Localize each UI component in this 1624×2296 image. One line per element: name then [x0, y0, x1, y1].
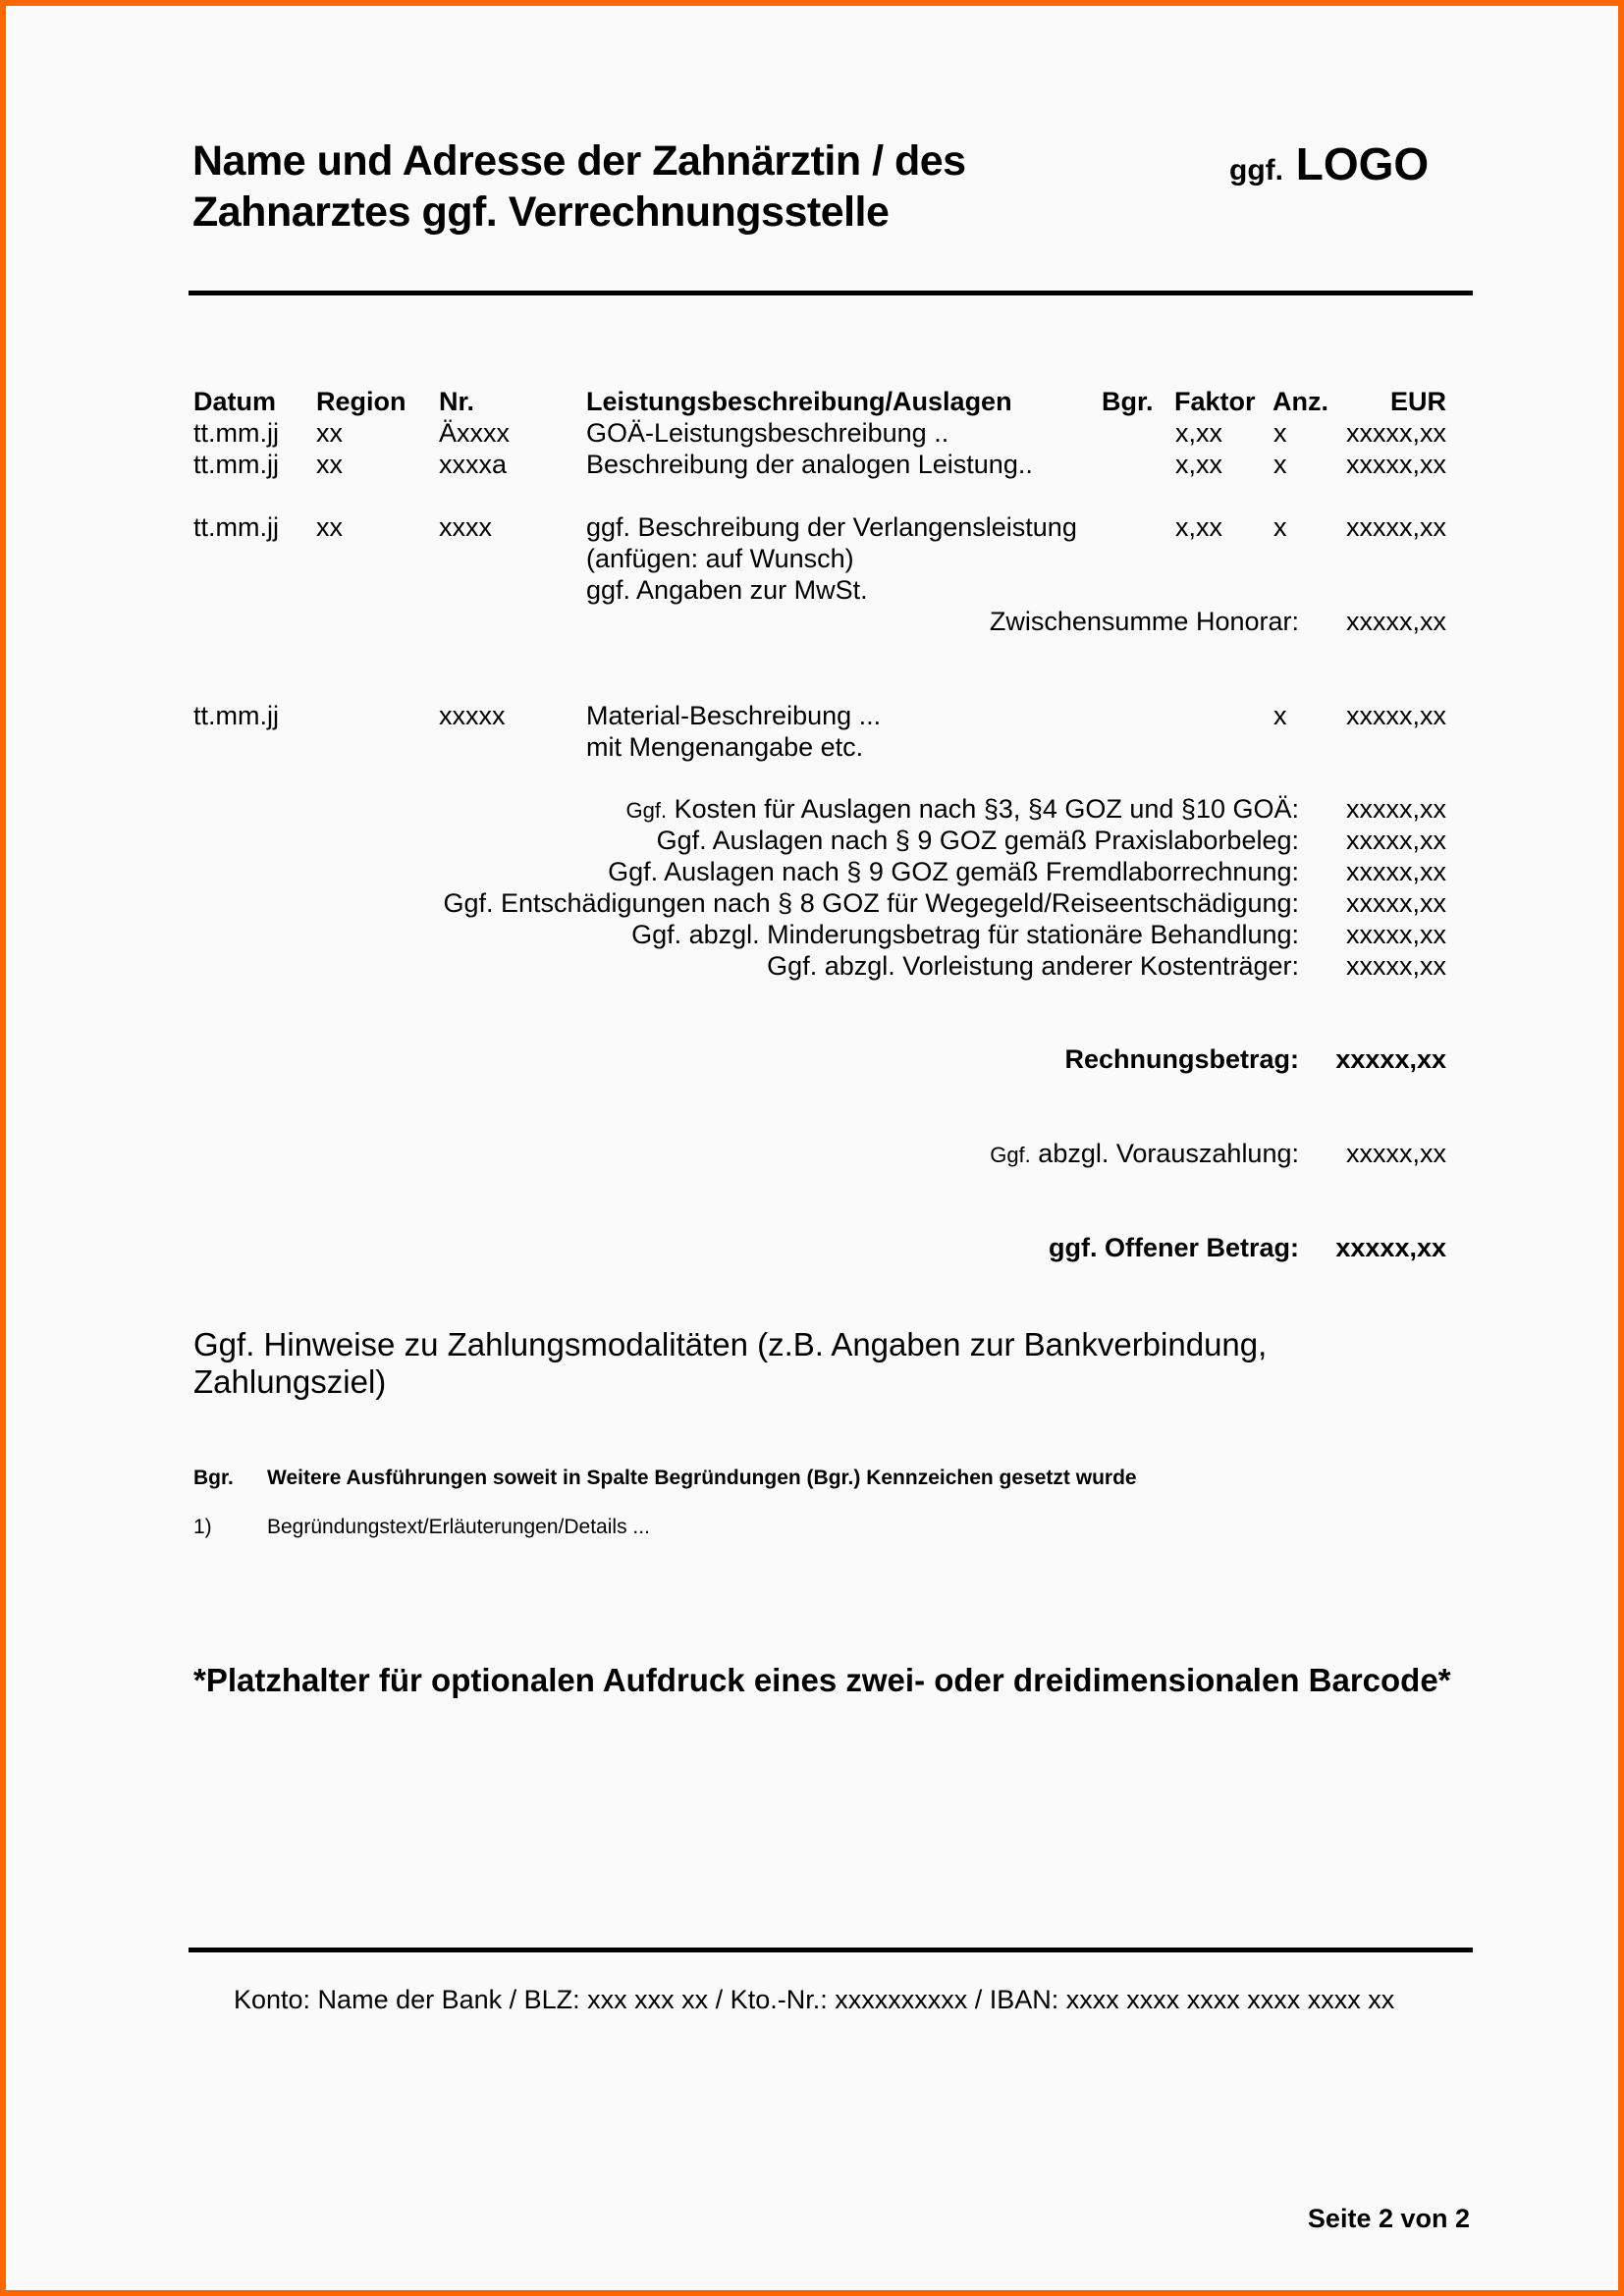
bgr-note-item-text: Begründungstext/Erläuterungen/Details ..… [267, 1512, 650, 1543]
extra-label: Ggf. Auslagen nach § 9 GOZ gemäß Praxisl… [657, 825, 1299, 856]
cell-faktor: x,xx [1175, 511, 1222, 543]
extra-label: Ggf. abzgl. Minderungsbetrag für station… [631, 919, 1299, 950]
cell-nr: xxxxa [439, 449, 507, 480]
cell-datum: tt.mm.jj [193, 417, 279, 449]
col-header-beschreibung: Leistungsbeschreibung/Auslagen [586, 386, 1012, 417]
rechnungsbetrag-value: xxxxx,xx [1335, 1043, 1446, 1075]
extra-value: xxxxx,xx [1346, 919, 1446, 950]
cell-nr: Äxxxx [439, 417, 510, 449]
col-header-eur: EUR [1390, 386, 1446, 417]
col-header-region: Region [316, 386, 406, 417]
extra-value: xxxxx,xx [1346, 950, 1446, 982]
barcode-placeholder: *Platzhalter für optionalen Aufdruck ein… [193, 1662, 1451, 1699]
vorauszahlung-text: abzgl. Vorauszahlung: [1038, 1139, 1299, 1168]
vorauszahlung-prefix: Ggf. [990, 1143, 1031, 1167]
cell-region: xx [316, 449, 343, 480]
subtotal-label: Zwischensumme Honorar: [990, 606, 1299, 637]
col-header-datum: Datum [193, 386, 276, 417]
cell-eur: xxxxx,xx [1346, 417, 1446, 449]
cell-nr: xxxxx [439, 700, 506, 731]
extra-value: xxxxx,xx [1346, 825, 1446, 856]
extra-value: xxxxx,xx [1346, 856, 1446, 887]
extra-label: Ggf. Auslagen nach § 9 GOZ gemäß Fremdla… [608, 856, 1299, 887]
cell-datum: tt.mm.jj [193, 511, 279, 543]
cell-beschreibung: Material-Beschreibung ... [586, 700, 881, 731]
cell-nr: xxxx [439, 511, 492, 543]
vorauszahlung-label: Ggf. abzgl. Vorauszahlung: [990, 1138, 1299, 1171]
cell-eur: xxxxx,xx [1346, 449, 1446, 480]
bgr-notes-key: Bgr. [193, 1463, 234, 1494]
page-number: Seite 2 von 2 [1308, 2204, 1470, 2234]
cell-anz: x [1273, 511, 1287, 543]
title-line-2: Zahnarztes ggf. Verrechnungsstelle [192, 187, 966, 238]
header-divider [189, 291, 1473, 295]
title-line-1: Name und Adresse der Zahnärztin / des [192, 135, 966, 187]
footer-divider [189, 1948, 1473, 1952]
cell-beschreibung: GOÄ-Leistungsbeschreibung .. [586, 417, 948, 449]
cell-region: xx [316, 511, 343, 543]
vorauszahlung-value: xxxxx,xx [1346, 1138, 1446, 1169]
subtotal-value: xxxxx,xx [1346, 606, 1446, 637]
logo-placeholder: ggf. LOGO [1229, 137, 1429, 190]
cell-beschreibung-line2: mit Mengenangabe etc. [586, 731, 863, 763]
col-header-bgr: Bgr. [1102, 386, 1154, 417]
extra-label: Ggf. Entschädigungen nach § 8 GOZ für We… [443, 887, 1299, 919]
cell-beschreibung-line2: (anfügen: auf Wunsch) [586, 543, 854, 574]
col-header-faktor: Faktor [1174, 386, 1256, 417]
rechnungsbetrag-label: Rechnungsbetrag: [1064, 1043, 1299, 1075]
extra-label-text: Kosten für Auslagen nach §3, §4 GOZ und … [675, 794, 1299, 824]
cell-anz: x [1273, 449, 1287, 480]
extra-value: xxxxx,xx [1346, 793, 1446, 825]
offener-betrag-value: xxxxx,xx [1335, 1232, 1446, 1263]
cell-eur: xxxxx,xx [1346, 700, 1446, 731]
logo-prefix: ggf. [1229, 154, 1283, 187]
offener-betrag-label: ggf. Offener Betrag: [1049, 1232, 1299, 1263]
col-header-anz: Anz. [1272, 386, 1328, 417]
payment-hint: Ggf. Hinweise zu Zahlungsmodalitäten (z.… [193, 1326, 1323, 1401]
cell-faktor: x,xx [1175, 449, 1222, 480]
cell-beschreibung: ggf. Beschreibung der Verlangensleistung [586, 511, 1077, 543]
cell-beschreibung: Beschreibung der analogen Leistung.. [586, 449, 1033, 480]
cell-beschreibung-line3: ggf. Angaben zur MwSt. [586, 574, 868, 606]
extra-value: xxxxx,xx [1346, 887, 1446, 919]
cell-anz: x [1273, 417, 1287, 449]
extra-label: Ggf. Kosten für Auslagen nach §3, §4 GOZ… [626, 793, 1300, 827]
practice-name-address: Name und Adresse der Zahnärztin / des Za… [192, 135, 966, 238]
col-header-nr: Nr. [439, 386, 474, 417]
bgr-notes-header: Weitere Ausführungen soweit in Spalte Be… [267, 1463, 1137, 1494]
cell-datum: tt.mm.jj [193, 449, 279, 480]
bank-details: Konto: Name der Bank / BLZ: xxx xxx xx /… [234, 1985, 1394, 2015]
cell-eur: xxxxx,xx [1346, 511, 1446, 543]
cell-region: xx [316, 417, 343, 449]
bgr-note-item-key: 1) [193, 1512, 212, 1543]
cell-datum: tt.mm.jj [193, 700, 279, 731]
extra-label-prefix: Ggf. [626, 798, 668, 823]
cell-faktor: x,xx [1175, 417, 1222, 449]
logo-label: LOGO [1296, 138, 1429, 189]
cell-anz: x [1273, 700, 1287, 731]
extra-label: Ggf. abzgl. Vorleistung anderer Kostentr… [767, 950, 1299, 982]
